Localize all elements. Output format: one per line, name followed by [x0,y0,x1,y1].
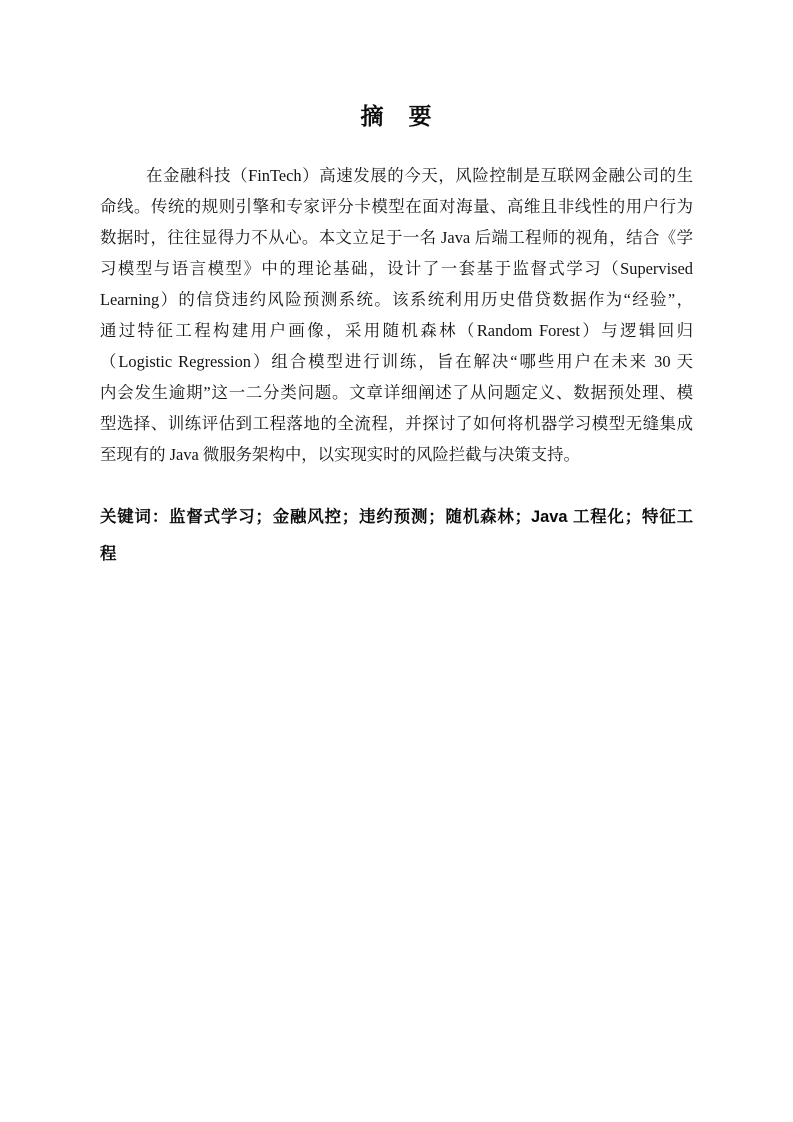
text-line: 命线。传统的规则引擎和专家评分卡模型在面对海量、高维且非线性的用户行为 [100,191,693,222]
text-line: Learning）的信贷违约风险预测系统。该系统利用历史借贷数据作为“经验”， [100,284,693,315]
text-line: 内会发生逾期”这一二分类问题。文章详细阐述了从问题定义、数据预处理、模 [100,377,693,408]
abstract-paragraph: 在金融科技（FinTech）高速发展的今天，风险控制是互联网金融公司的生命线。传… [100,160,693,470]
text-line: 程 [100,536,693,573]
text-line: 型选择、训练评估到工程落地的全流程，并探讨了如何将机器学习模型无缝集成 [100,408,693,439]
keywords-paragraph: 关键词：监督式学习；金融风控；违约预测；随机森林；Java 工程化；特征工程 [100,499,693,573]
text-line: 习模型与语言模型》中的理论基础，设计了一套基于监督式学习（Supervised [100,253,693,284]
text-line: 通过特征工程构建用户画像，采用随机森林（Random Forest）与逻辑回归 [100,315,693,346]
document-page: 摘 要 在金融科技（FinTech）高速发展的今天，风险控制是互联网金融公司的生… [0,0,793,1122]
text-line: 至现有的 Java 微服务架构中，以实现实时的风险拦截与决策支持。 [100,439,693,470]
text-line: 关键词：监督式学习；金融风控；违约预测；随机森林；Java 工程化；特征工 [100,499,693,536]
text-line: 在金融科技（FinTech）高速发展的今天，风险控制是互联网金融公司的生 [100,160,693,191]
abstract-title: 摘 要 [0,100,793,134]
text-line: 数据时，往往显得力不从心。本文立足于一名 Java 后端工程师的视角，结合《学 [100,222,693,253]
text-line: （Logistic Regression）组合模型进行训练，旨在解决“哪些用户在… [100,346,693,377]
